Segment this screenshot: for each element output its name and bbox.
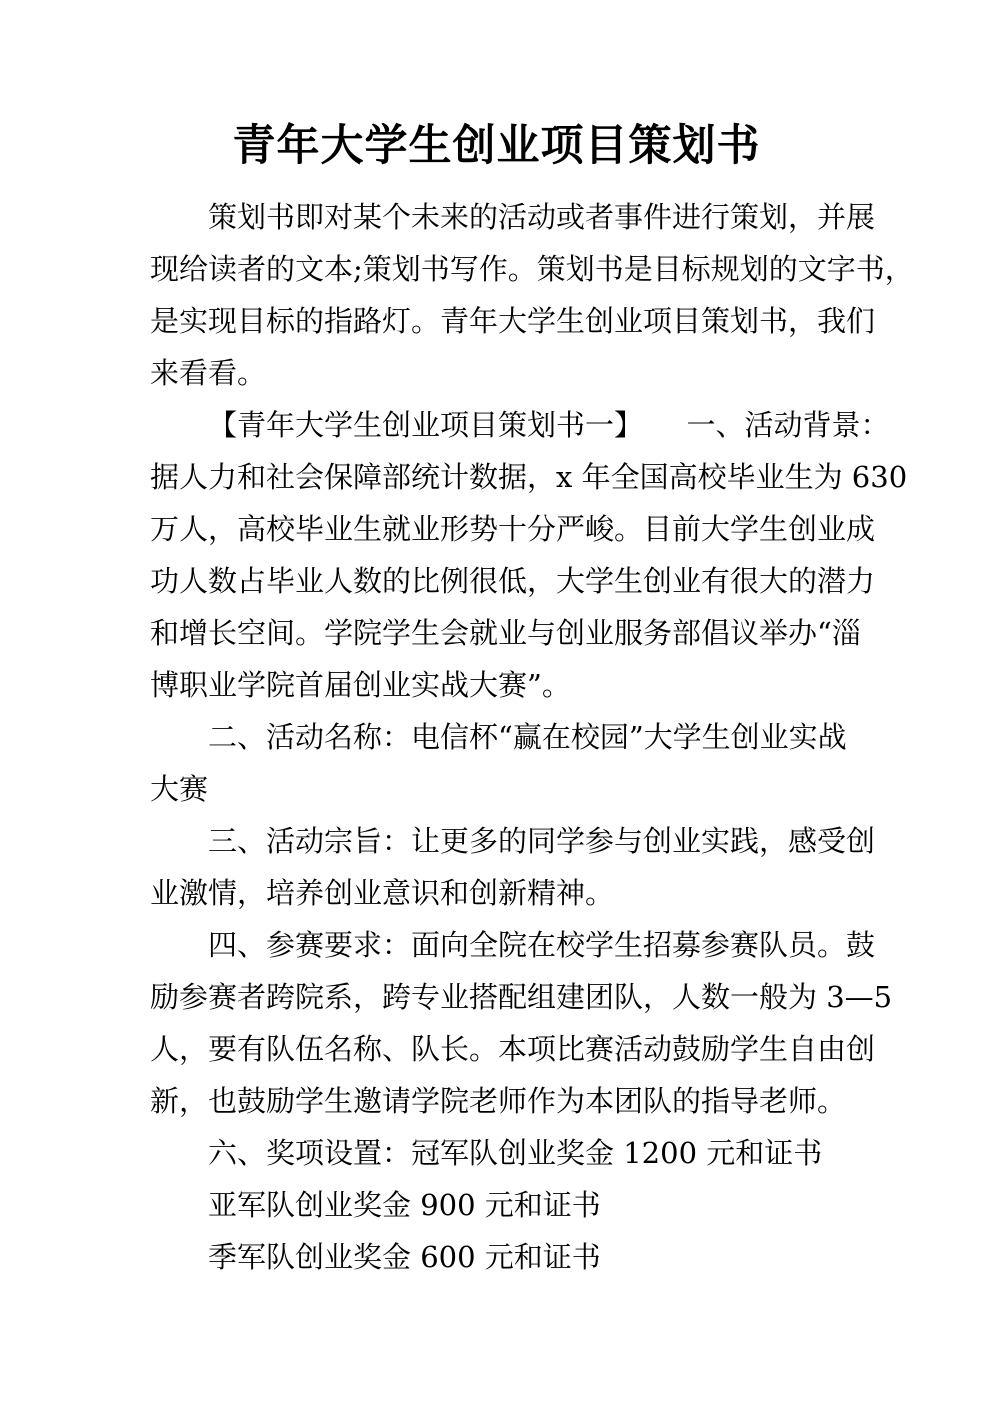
text-line: 博职业学院首届创业实战大赛”。 xyxy=(150,659,850,711)
text-line: 人，要有队伍名称、队长。本项比赛活动鼓励学生自由创 xyxy=(150,1023,850,1075)
paragraph-requirements: 四、参赛要求：面向全院在校学生招募参赛队员。鼓 励参赛者跨院系，跨专业搭配组建团… xyxy=(150,919,850,1127)
text-line: 亚军队创业奖金 900 元和证书 xyxy=(150,1179,850,1231)
paragraph-purpose: 三、活动宗旨：让更多的同学参与创业实践，感受创 业激情，培养创业意识和创新精神。 xyxy=(150,815,850,919)
text-line: 新，也鼓励学生邀请学院老师作为本团队的指导老师。 xyxy=(150,1075,850,1127)
text-line: 季军队创业奖金 600 元和证书 xyxy=(150,1231,850,1283)
text-line: 是实现目标的指路灯。青年大学生创业项目策划书，我们 xyxy=(150,295,850,347)
text-line: 功人数占毕业人数的比例很低，大学生创业有很大的潜力 xyxy=(150,555,850,607)
text-line: 业激情，培养创业意识和创新精神。 xyxy=(150,867,850,919)
text-line: 四、参赛要求：面向全院在校学生招募参赛队员。鼓 xyxy=(150,919,850,971)
text-line: 励参赛者跨院系，跨专业搭配组建团队，人数一般为 3—5 xyxy=(150,971,850,1023)
paragraph-background: 【青年大学生创业项目策划书一】 一、活动背景： 据人力和社会保障部统计数据，x … xyxy=(150,399,850,711)
document-body: 策划书即对某个未来的活动或者事件进行策划，并展 现给读者的文本;策划书写作。策划… xyxy=(150,191,850,1283)
document-page: 青年大学生创业项目策划书 策划书即对某个未来的活动或者事件进行策划，并展 现给读… xyxy=(0,0,993,1404)
text-line: 三、活动宗旨：让更多的同学参与创业实践，感受创 xyxy=(150,815,850,867)
text-line: 现给读者的文本;策划书写作。策划书是目标规划的文字书， xyxy=(150,243,850,295)
paragraph-awards-third: 季军队创业奖金 600 元和证书 xyxy=(150,1231,850,1283)
paragraph-awards-runner-up: 亚军队创业奖金 900 元和证书 xyxy=(150,1179,850,1231)
text-line: 策划书即对某个未来的活动或者事件进行策划，并展 xyxy=(150,191,850,243)
text-line: 万人，高校毕业生就业形势十分严峻。目前大学生创业成 xyxy=(150,503,850,555)
text-line: 【青年大学生创业项目策划书一】 一、活动背景： xyxy=(150,399,850,451)
paragraph-awards-champion: 六、奖项设置：冠军队创业奖金 1200 元和证书 xyxy=(150,1127,850,1179)
paragraph-intro: 策划书即对某个未来的活动或者事件进行策划，并展 现给读者的文本;策划书写作。策划… xyxy=(150,191,850,399)
text-line: 六、奖项设置：冠军队创业奖金 1200 元和证书 xyxy=(150,1127,850,1179)
document-title: 青年大学生创业项目策划书 xyxy=(0,120,993,172)
text-line: 和增长空间。学院学生会就业与创业服务部倡议举办“淄 xyxy=(150,607,850,659)
text-line: 二、活动名称：电信杯“赢在校园”大学生创业实战 xyxy=(150,711,850,763)
text-line: 据人力和社会保障部统计数据，x 年全国高校毕业生为 630 xyxy=(150,451,850,503)
text-line: 来看看。 xyxy=(150,347,850,399)
paragraph-activity-name: 二、活动名称：电信杯“赢在校园”大学生创业实战 大赛 xyxy=(150,711,850,815)
text-line: 大赛 xyxy=(150,763,850,815)
